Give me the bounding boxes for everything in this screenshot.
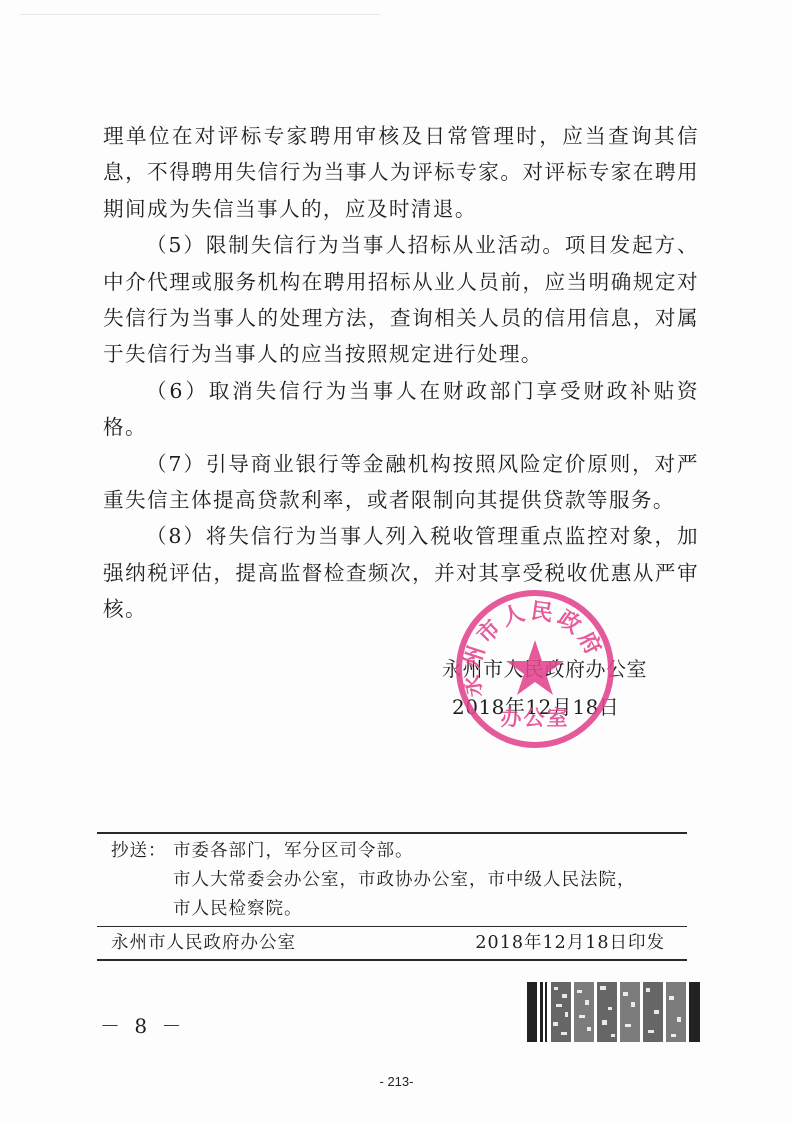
body-text: 理单位在对评标专家聘用审核及日常管理时，应当查询其信息，不得聘用失信行为当事人为…: [103, 118, 699, 628]
scan-noise: [20, 14, 380, 15]
paragraph-item-7: （7）引导商业银行等金融机构按照风险定价原则，对严重失信主体提高贷款利率，或者限…: [103, 446, 699, 519]
cc-line-1: 市委各部门，军分区司令部。: [173, 841, 414, 861]
issuer: 永州市人民政府办公室: [111, 927, 296, 959]
page-number-local: － 8 －: [100, 1010, 185, 1039]
document-page: 理单位在对评标专家聘用审核及日常管理时，应当查询其信息，不得聘用失信行为当事人为…: [0, 0, 793, 1122]
cc-label: 抄送：: [111, 837, 173, 866]
paragraph-item-5: （5）限制失信行为当事人招标从业活动。项目发起方、中介代理或服务机构在聘用招标从…: [103, 227, 699, 373]
rule-bottom: [97, 959, 687, 961]
paragraph-continuation: 理单位在对评标专家聘用审核及日常管理时，应当查询其信息，不得聘用失信行为当事人为…: [103, 118, 699, 227]
signature-date: 2018年12月18日: [430, 688, 670, 726]
issue-row: 永州市人民政府办公室 2018年12月18日印发: [97, 927, 687, 959]
distribution-block: 抄送：市委各部门，军分区司令部。 市人大常委会办公室，市政协办公室，市中级人民法…: [97, 832, 687, 961]
signature-block: 永州市人民政府办公室 2018年12月18日: [430, 650, 670, 726]
paragraph-item-6: （6）取消失信行为当事人在财政部门享受财政补贴资格。: [103, 373, 699, 446]
issue-date: 2018年12月18日印发: [475, 927, 665, 959]
cc-line-2: 市人大常委会办公室，市政协办公室，市中级人民法院，: [111, 866, 687, 895]
barcode: [527, 982, 700, 1042]
page-number-global: - 213-: [0, 1074, 793, 1089]
paragraph-item-8: （8）将失信行为当事人列入税收管理重点监控对象，加强纳税评估，提高监督检查频次，…: [103, 518, 699, 627]
signature-organization: 永州市人民政府办公室: [430, 650, 670, 688]
barcode-icon: [527, 982, 700, 1042]
cc-line-3: 市人民检察院。: [111, 895, 687, 924]
